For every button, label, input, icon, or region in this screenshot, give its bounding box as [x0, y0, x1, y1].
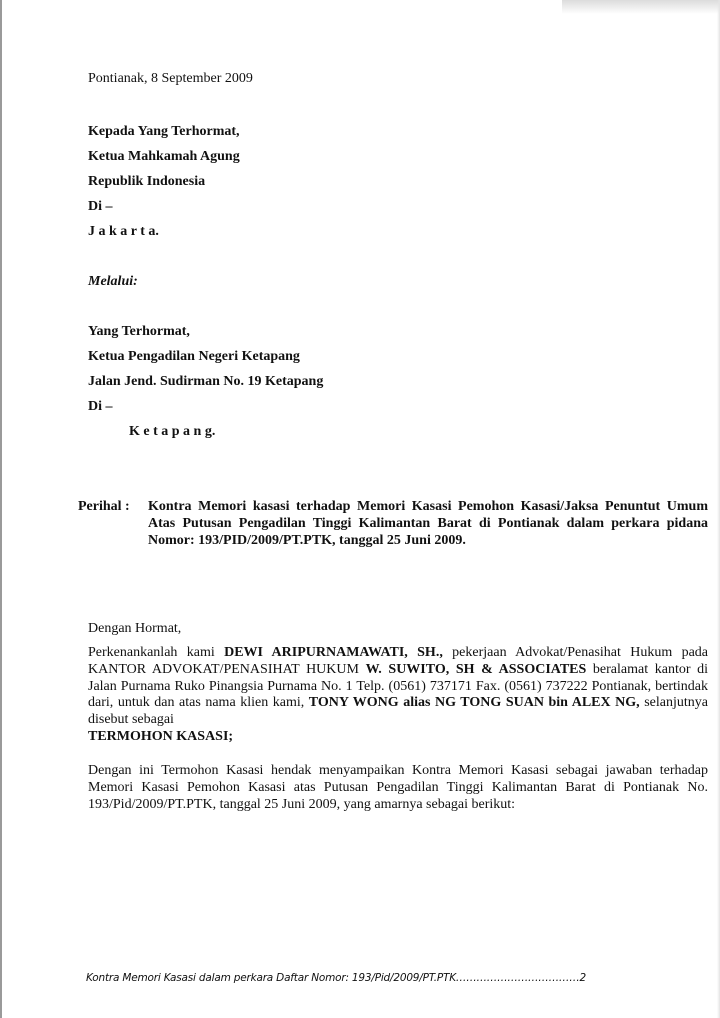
- recipient-salutation: Kepada Yang Terhormat,: [88, 123, 240, 140]
- intro-text: Perkenankanlah kami: [88, 645, 224, 660]
- page-number: 2: [580, 972, 586, 984]
- page-footer: Kontra Memori Kasasi dalam perkara Dafta…: [86, 972, 586, 984]
- via-title: Ketua Pengadilan Negeri Ketapang: [88, 348, 300, 365]
- subject-label: Perihal :: [78, 498, 130, 515]
- recipient-di: Di –: [88, 198, 113, 215]
- client-name: TONY WONG alias NG TONG SUAN bin ALEX NG…: [309, 695, 640, 710]
- greeting: Dengan Hormat,: [88, 620, 181, 637]
- recipient-country: Republik Indonesia: [88, 173, 205, 190]
- via-salutation: Yang Terhormat,: [88, 323, 190, 340]
- recipient-city: J a k a r t a.: [88, 223, 159, 240]
- via-label: Melalui:: [88, 273, 138, 290]
- subject-text: Kontra Memori kasasi terhadap Memori Kas…: [148, 498, 708, 549]
- recipient-title: Ketua Mahkamah Agung: [88, 148, 240, 165]
- footer-text: Kontra Memori Kasasi dalam perkara Dafta…: [86, 972, 456, 984]
- lawyer-name: DEWI ARIPURNAMAWATI, SH.,: [224, 645, 443, 660]
- body-paragraph: Dengan ini Termohon Kasasi hendak menyam…: [88, 763, 708, 813]
- footer-leader: ………………………………: [456, 972, 580, 984]
- intro-paragraph: Perkenankanlah kami DEWI ARIPURNAMAWATI,…: [88, 645, 708, 746]
- document-page: Pontianak, 8 September 2009 Kepada Yang …: [0, 0, 720, 1018]
- via-di: Di –: [88, 398, 113, 415]
- via-address: Jalan Jend. Sudirman No. 19 Ketapang: [88, 373, 323, 390]
- scan-shadow: [562, 0, 720, 14]
- via-city: K e t a p a n g.: [129, 423, 215, 440]
- date-line: Pontianak, 8 September 2009: [88, 70, 253, 87]
- law-firm-name: W. SUWITO, SH & ASSOCIATES: [366, 662, 587, 677]
- party-role: TERMOHON KASASI;: [88, 729, 233, 744]
